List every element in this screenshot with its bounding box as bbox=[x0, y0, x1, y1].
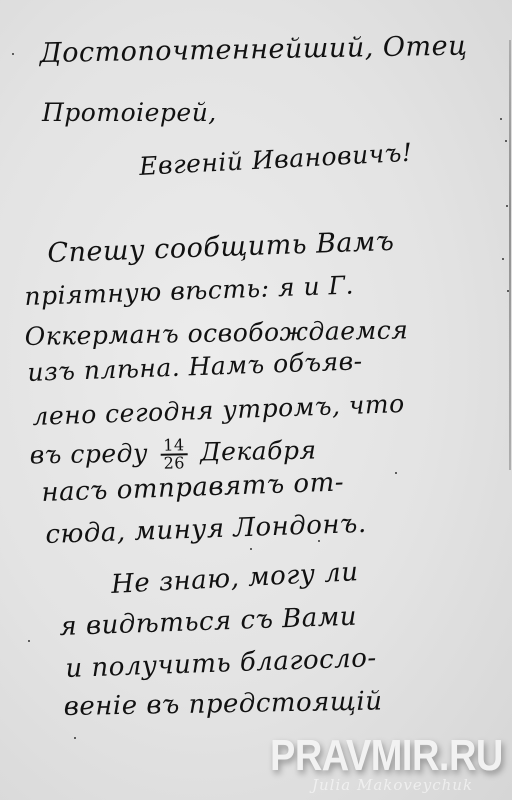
ink-speck bbox=[507, 290, 509, 292]
ink-speck bbox=[505, 140, 507, 142]
date-denominator: 26 bbox=[160, 455, 188, 471]
ink-speck bbox=[12, 53, 14, 55]
page-edge-line bbox=[509, 40, 511, 470]
ink-speck bbox=[318, 540, 320, 542]
body-line-2: пріятную вѣсть: я и Г. bbox=[24, 271, 354, 311]
body-line-1: Спешу сообщить Вамъ bbox=[47, 226, 395, 269]
salutation-line-2: Протоіерей, bbox=[42, 98, 217, 127]
body-line-10: я видѣться съ Вами bbox=[59, 602, 358, 642]
body-line-6: въ среду 14 26 Декабря bbox=[29, 435, 316, 474]
salutation-line-3: Евгеній Ивановичъ! bbox=[138, 138, 413, 181]
body-line-5: лено сегодня утромъ, что bbox=[32, 389, 405, 431]
photographer-credit: Julia Makoveychuk bbox=[312, 776, 473, 794]
body-line-6-end: Декабря bbox=[200, 435, 317, 466]
body-line-8: сюда, минуя Лондонъ. bbox=[45, 509, 367, 550]
body-line-6-start: въ среду bbox=[29, 438, 148, 469]
ink-speck bbox=[250, 548, 252, 550]
body-line-7: насъ отправятъ от- bbox=[41, 467, 345, 508]
body-line-4: изъ плѣна. Намъ объяв- bbox=[27, 346, 363, 387]
ink-speck bbox=[28, 640, 30, 642]
letter-page: Достопочтеннейший, Отец Протоіерей, Евге… bbox=[0, 0, 512, 800]
salutation-line-1: Достопочтеннейший, Отец bbox=[39, 31, 467, 69]
body-line-9: Не знаю, могу ли bbox=[110, 557, 359, 600]
ink-speck bbox=[395, 472, 397, 474]
ink-speck bbox=[506, 205, 508, 207]
ink-speck bbox=[74, 737, 76, 739]
ink-speck bbox=[502, 258, 504, 260]
date-fraction: 14 26 bbox=[160, 437, 188, 471]
ink-speck bbox=[500, 118, 502, 120]
pravmir-watermark: PRAVMIR.RU bbox=[270, 732, 503, 781]
body-line-3: Оккерманъ освобождаемся bbox=[24, 315, 408, 351]
body-line-12: веніе въ предстоящій bbox=[63, 686, 382, 722]
body-line-11: и получить благосло- bbox=[65, 643, 377, 684]
